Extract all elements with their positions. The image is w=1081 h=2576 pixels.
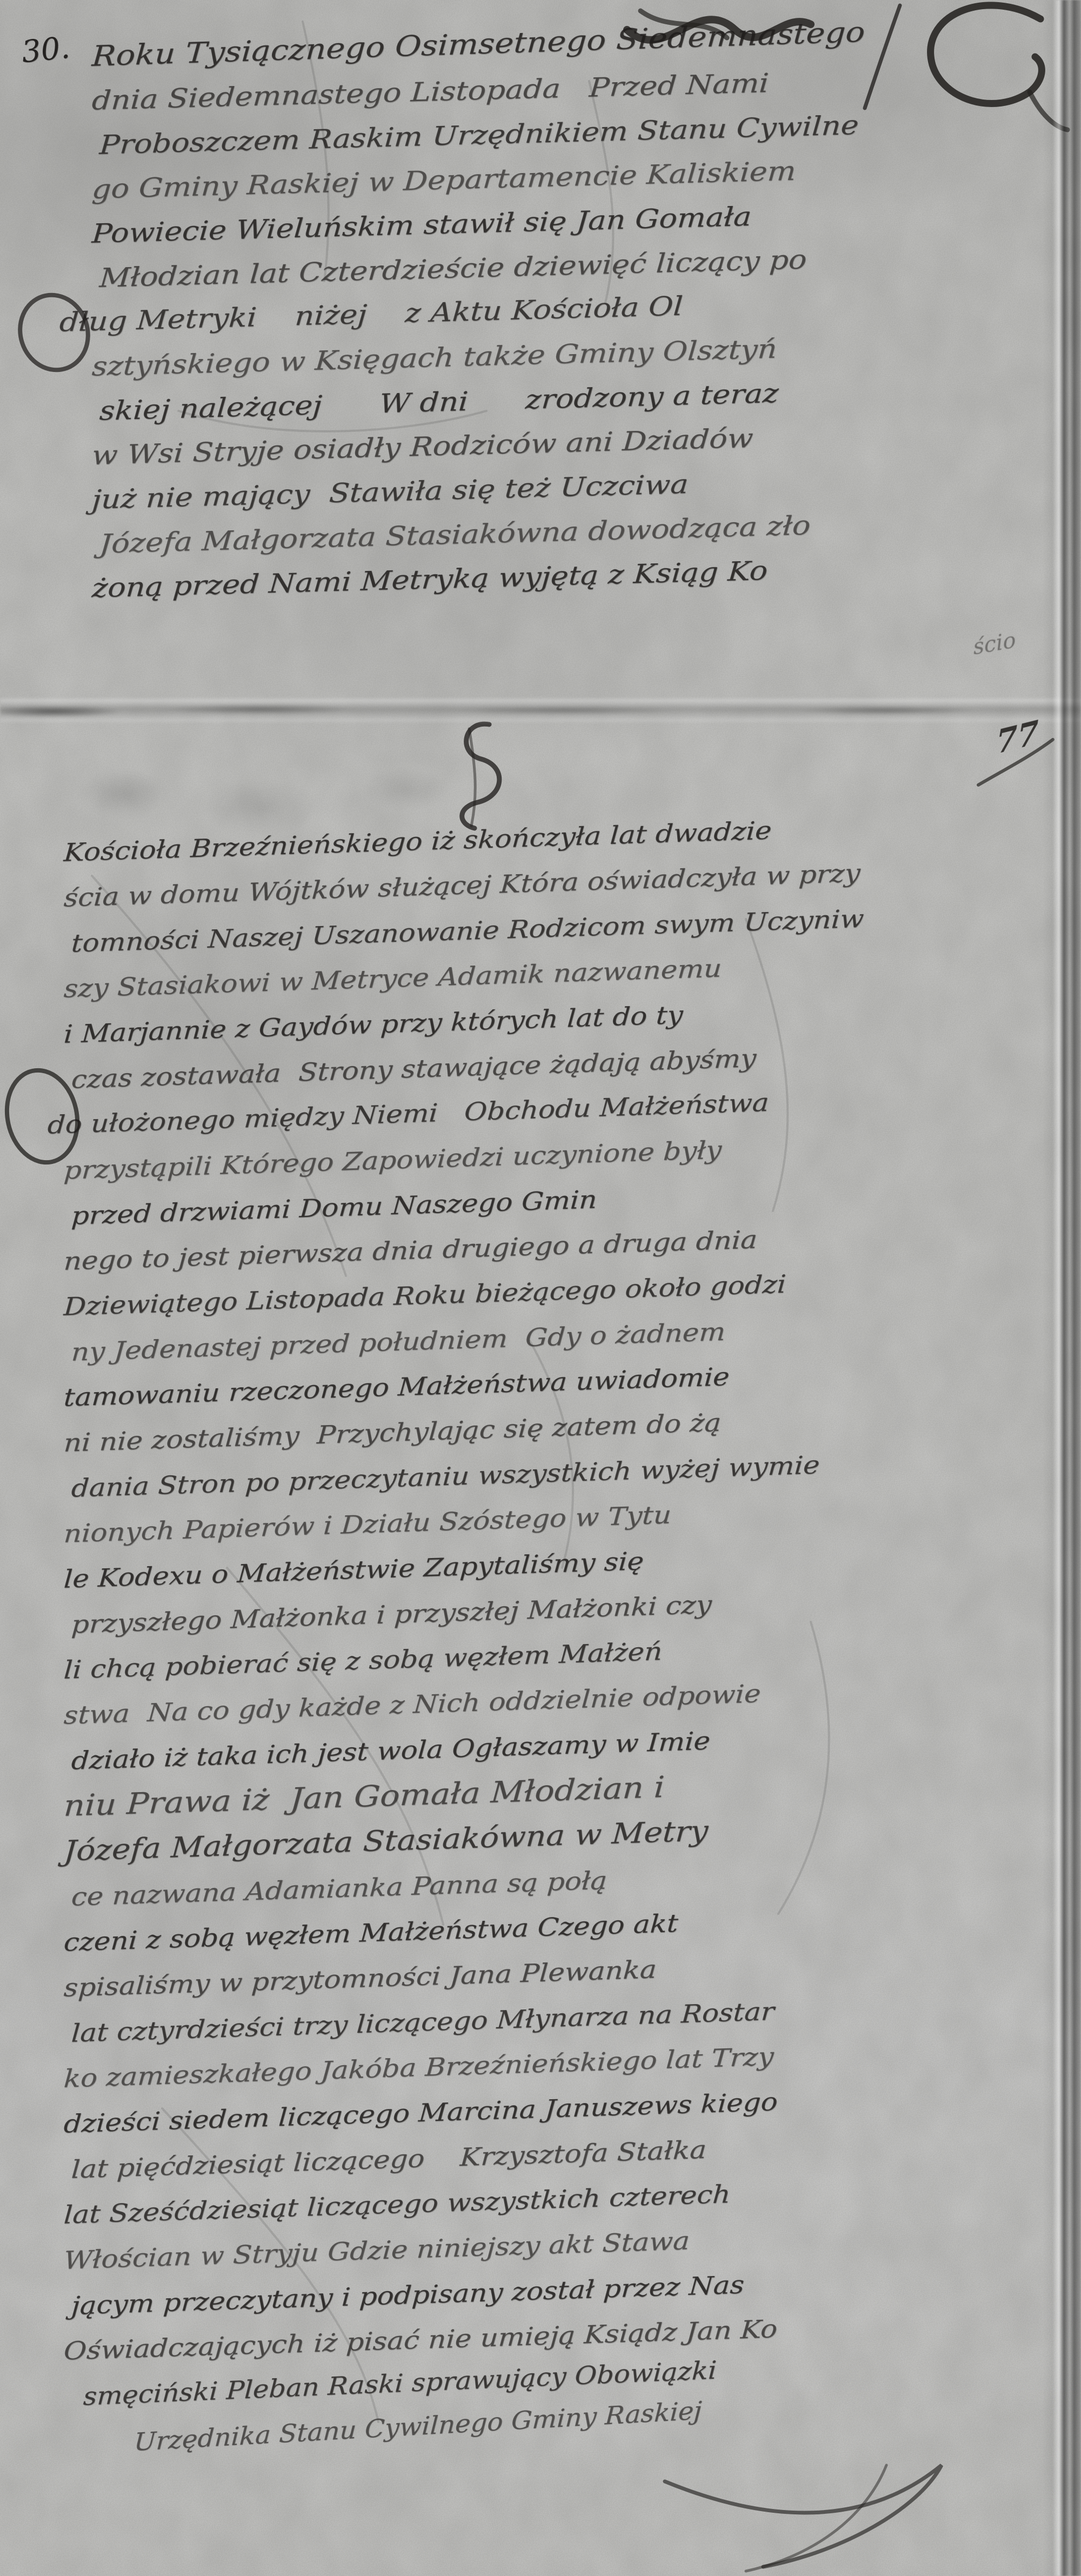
catchword-fragment: ścio xyxy=(972,628,1017,660)
page-1-handwriting-block: Roku Tysiącznego Osimsetnego Siedemnaste… xyxy=(92,35,1043,611)
page-2-handwriting-block: Kościoła Brzeźnieńskiego iż skończyła la… xyxy=(64,830,1058,2465)
page-seam xyxy=(0,699,1081,722)
document-scan: 30. 77 ścio Roku Tysiącznego Osimsetnego… xyxy=(0,0,1081,2576)
act-number: 30. xyxy=(20,30,71,70)
